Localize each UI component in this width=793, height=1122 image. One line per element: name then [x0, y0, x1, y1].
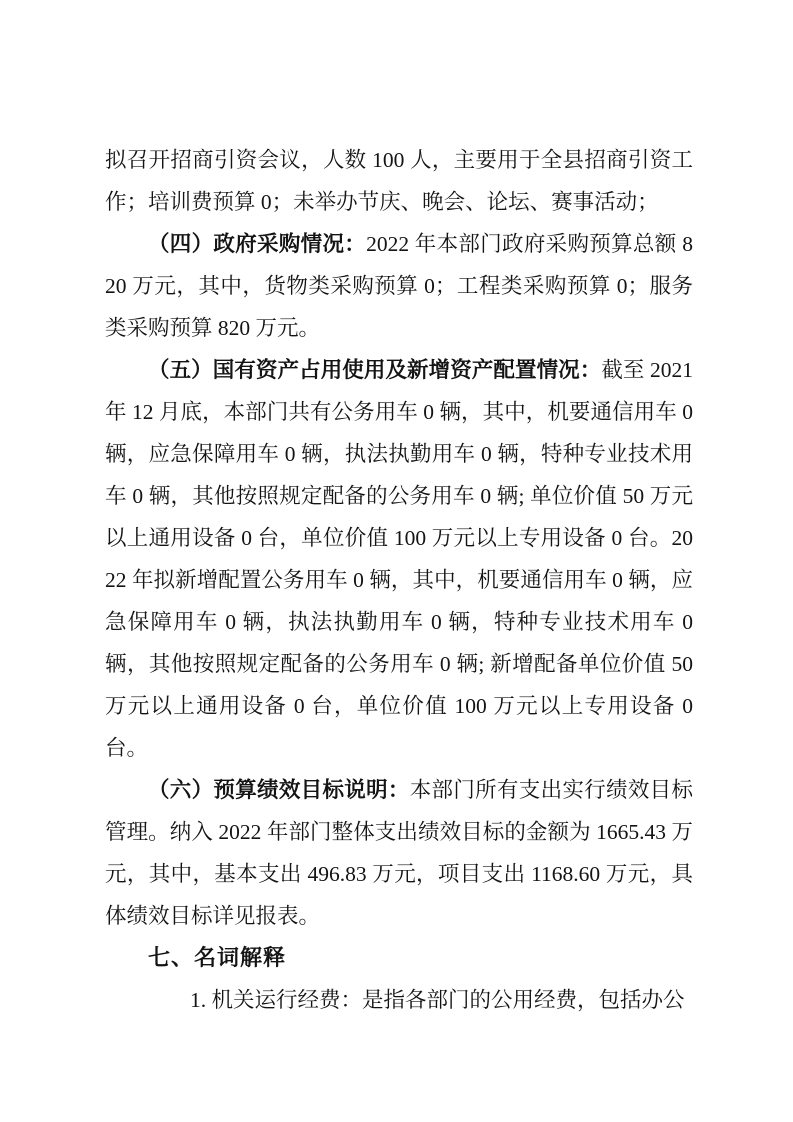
list-item-agency-operating-expenses: 1. 机关运行经费：是指各部门的公用经费，包括办公 — [105, 979, 693, 1021]
paragraph-lead: （六）预算绩效目标说明： — [148, 778, 410, 802]
section-heading-terms-explanation: 七、名词解释 — [105, 937, 693, 979]
document-page: 拟召开招商引资会议，人数 100 人，主要用于全县招商引资工作；培训费预算 0；… — [0, 0, 793, 1122]
paragraph-meetings-training: 拟召开招商引资会议，人数 100 人，主要用于全县招商引资工作；培训费预算 0；… — [105, 139, 693, 223]
paragraph-text: 1. 机关运行经费：是指各部门的公用经费，包括办公 — [190, 988, 685, 1012]
paragraph-lead: （五）国有资产占用使用及新增资产配置情况： — [148, 358, 601, 382]
paragraph-text: 截至 2021 年 12 月底，本部门共有公务用车 0 辆，其中，机要通信用车 … — [105, 358, 693, 760]
paragraph-government-procurement: （四）政府采购情况：2022 年本部门政府采购预算总额 820 万元，其中，货物… — [105, 223, 693, 349]
paragraph-budget-performance: （六）预算绩效目标说明：本部门所有支出实行绩效目标管理。纳入 2022 年部门整… — [105, 769, 693, 937]
paragraph-text: 拟召开招商引资会议，人数 100 人，主要用于全县招商引资工作；培训费预算 0；… — [105, 148, 693, 214]
paragraph-lead: （四）政府采购情况： — [148, 232, 366, 256]
paragraph-state-assets: （五）国有资产占用使用及新增资产配置情况：截至 2021 年 12 月底，本部门… — [105, 349, 693, 769]
